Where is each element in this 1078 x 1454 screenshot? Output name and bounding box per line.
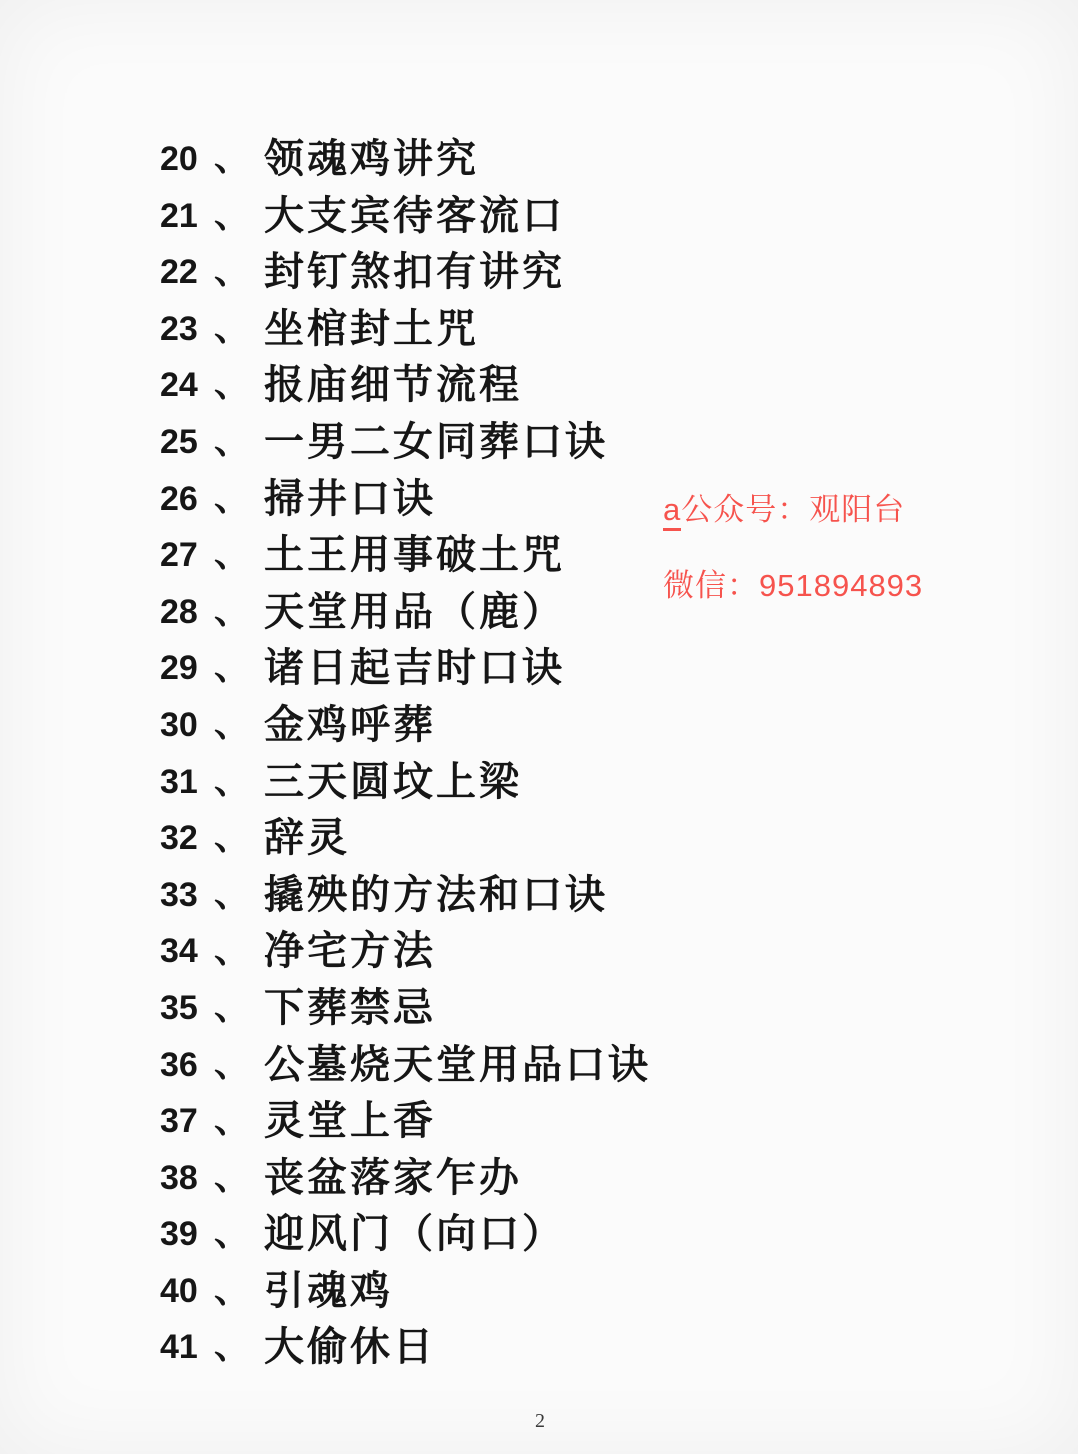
item-text: 公墓烧天堂用品口诀 xyxy=(264,1042,651,1088)
item-number: 21 xyxy=(160,193,214,239)
item-text: 掃井口诀 xyxy=(264,476,436,522)
item-number: 32 xyxy=(160,815,214,861)
item-separator: 、 xyxy=(214,476,250,520)
item-text: 金鸡呼葬 xyxy=(264,702,436,748)
item-text: 领魂鸡讲究 xyxy=(264,136,479,182)
item-number: 23 xyxy=(160,306,214,352)
item-text: 灵堂上香 xyxy=(264,1098,436,1144)
list-item: 27、土王用事破土咒 xyxy=(160,532,651,589)
item-separator: 、 xyxy=(214,419,250,463)
list-item: 20、领魂鸡讲究 xyxy=(160,136,651,193)
item-separator: 、 xyxy=(214,645,250,689)
list-item: 34、净宅方法 xyxy=(160,928,651,985)
item-separator: 、 xyxy=(214,702,250,746)
toc-list: 20、领魂鸡讲究 21、大支宾待客流口 22、封钉煞扣有讲究 23、坐棺封土咒 … xyxy=(160,136,651,1381)
watermark-public-account: a公众号：观阳台 xyxy=(663,484,905,529)
watermark-wechat: 微信：951894893 xyxy=(663,560,923,605)
list-item: 22、封钉煞扣有讲究 xyxy=(160,249,651,306)
list-item: 37、灵堂上香 xyxy=(160,1098,651,1155)
item-separator: 、 xyxy=(214,1211,250,1255)
list-item: 39、迎风门（向口） xyxy=(160,1211,651,1268)
item-separator: 、 xyxy=(214,1155,250,1199)
list-item: 41、大偷休日 xyxy=(160,1324,651,1381)
list-item: 24、报庙细节流程 xyxy=(160,362,651,419)
item-text: 辞灵 xyxy=(264,815,350,861)
item-text: 土王用事破土咒 xyxy=(264,532,565,578)
item-text: 坐棺封土咒 xyxy=(264,306,479,352)
list-item: 36、公墓烧天堂用品口诀 xyxy=(160,1042,651,1099)
document-page: 20、领魂鸡讲究 21、大支宾待客流口 22、封钉煞扣有讲究 23、坐棺封土咒 … xyxy=(0,0,1078,1454)
item-separator: 、 xyxy=(214,589,250,633)
item-separator: 、 xyxy=(214,532,250,576)
watermark-letter-a: a xyxy=(663,492,681,531)
list-item: 31、三天圆坟上梁 xyxy=(160,759,651,816)
item-number: 26 xyxy=(160,476,214,522)
item-text: 封钉煞扣有讲究 xyxy=(264,249,565,295)
item-number: 20 xyxy=(160,136,214,182)
item-number: 41 xyxy=(160,1324,214,1370)
item-number: 40 xyxy=(160,1268,214,1314)
item-text: 报庙细节流程 xyxy=(264,362,522,408)
item-number: 37 xyxy=(160,1098,214,1144)
list-item: 26、掃井口诀 xyxy=(160,476,651,533)
item-separator: 、 xyxy=(214,1324,250,1368)
list-item: 30、金鸡呼葬 xyxy=(160,702,651,759)
item-text: 迎风门（向口） xyxy=(264,1211,565,1257)
item-number: 31 xyxy=(160,759,214,805)
item-text: 诸日起吉时口诀 xyxy=(264,645,565,691)
list-item: 25、一男二女同葬口诀 xyxy=(160,419,651,476)
item-separator: 、 xyxy=(214,815,250,859)
item-separator: 、 xyxy=(214,985,250,1029)
item-text: 丧盆落家乍办 xyxy=(264,1155,522,1201)
item-number: 28 xyxy=(160,589,214,635)
item-separator: 、 xyxy=(214,362,250,406)
item-text: 大偷休日 xyxy=(264,1324,436,1370)
item-number: 25 xyxy=(160,419,214,465)
item-separator: 、 xyxy=(214,193,250,237)
item-number: 36 xyxy=(160,1042,214,1088)
page-number: 2 xyxy=(528,1410,552,1433)
list-item: 29、诸日起吉时口诀 xyxy=(160,645,651,702)
item-separator: 、 xyxy=(214,1098,250,1142)
item-separator: 、 xyxy=(214,759,250,803)
item-text: 一男二女同葬口诀 xyxy=(264,419,608,465)
item-number: 38 xyxy=(160,1155,214,1201)
item-text: 大支宾待客流口 xyxy=(264,193,565,239)
item-text: 三天圆坟上梁 xyxy=(264,759,522,805)
item-text: 引魂鸡 xyxy=(264,1268,393,1314)
item-number: 29 xyxy=(160,645,214,691)
item-number: 34 xyxy=(160,928,214,974)
item-text: 下葬禁忌 xyxy=(264,985,436,1031)
item-number: 39 xyxy=(160,1211,214,1257)
item-text: 撬殃的方法和口诀 xyxy=(264,872,608,918)
item-number: 33 xyxy=(160,872,214,918)
item-number: 35 xyxy=(160,985,214,1031)
item-text: 天堂用品（鹿） xyxy=(264,589,565,635)
list-item: 23、坐棺封土咒 xyxy=(160,306,651,363)
list-item: 40、引魂鸡 xyxy=(160,1268,651,1325)
item-separator: 、 xyxy=(214,872,250,916)
list-item: 38、丧盆落家乍办 xyxy=(160,1155,651,1212)
item-number: 24 xyxy=(160,362,214,408)
item-separator: 、 xyxy=(214,1268,250,1312)
list-item: 28、天堂用品（鹿） xyxy=(160,589,651,646)
item-text: 净宅方法 xyxy=(264,928,436,974)
item-separator: 、 xyxy=(214,306,250,350)
list-item: 32、辞灵 xyxy=(160,815,651,872)
list-item: 35、下葬禁忌 xyxy=(160,985,651,1042)
item-separator: 、 xyxy=(214,136,250,180)
item-separator: 、 xyxy=(214,1042,250,1086)
list-item: 21、大支宾待客流口 xyxy=(160,193,651,250)
item-separator: 、 xyxy=(214,928,250,972)
item-number: 22 xyxy=(160,249,214,295)
item-separator: 、 xyxy=(214,249,250,293)
watermark-account-text: 公众号：观阳台 xyxy=(681,492,905,527)
list-item: 33、撬殃的方法和口诀 xyxy=(160,872,651,929)
item-number: 30 xyxy=(160,702,214,748)
item-number: 27 xyxy=(160,532,214,578)
